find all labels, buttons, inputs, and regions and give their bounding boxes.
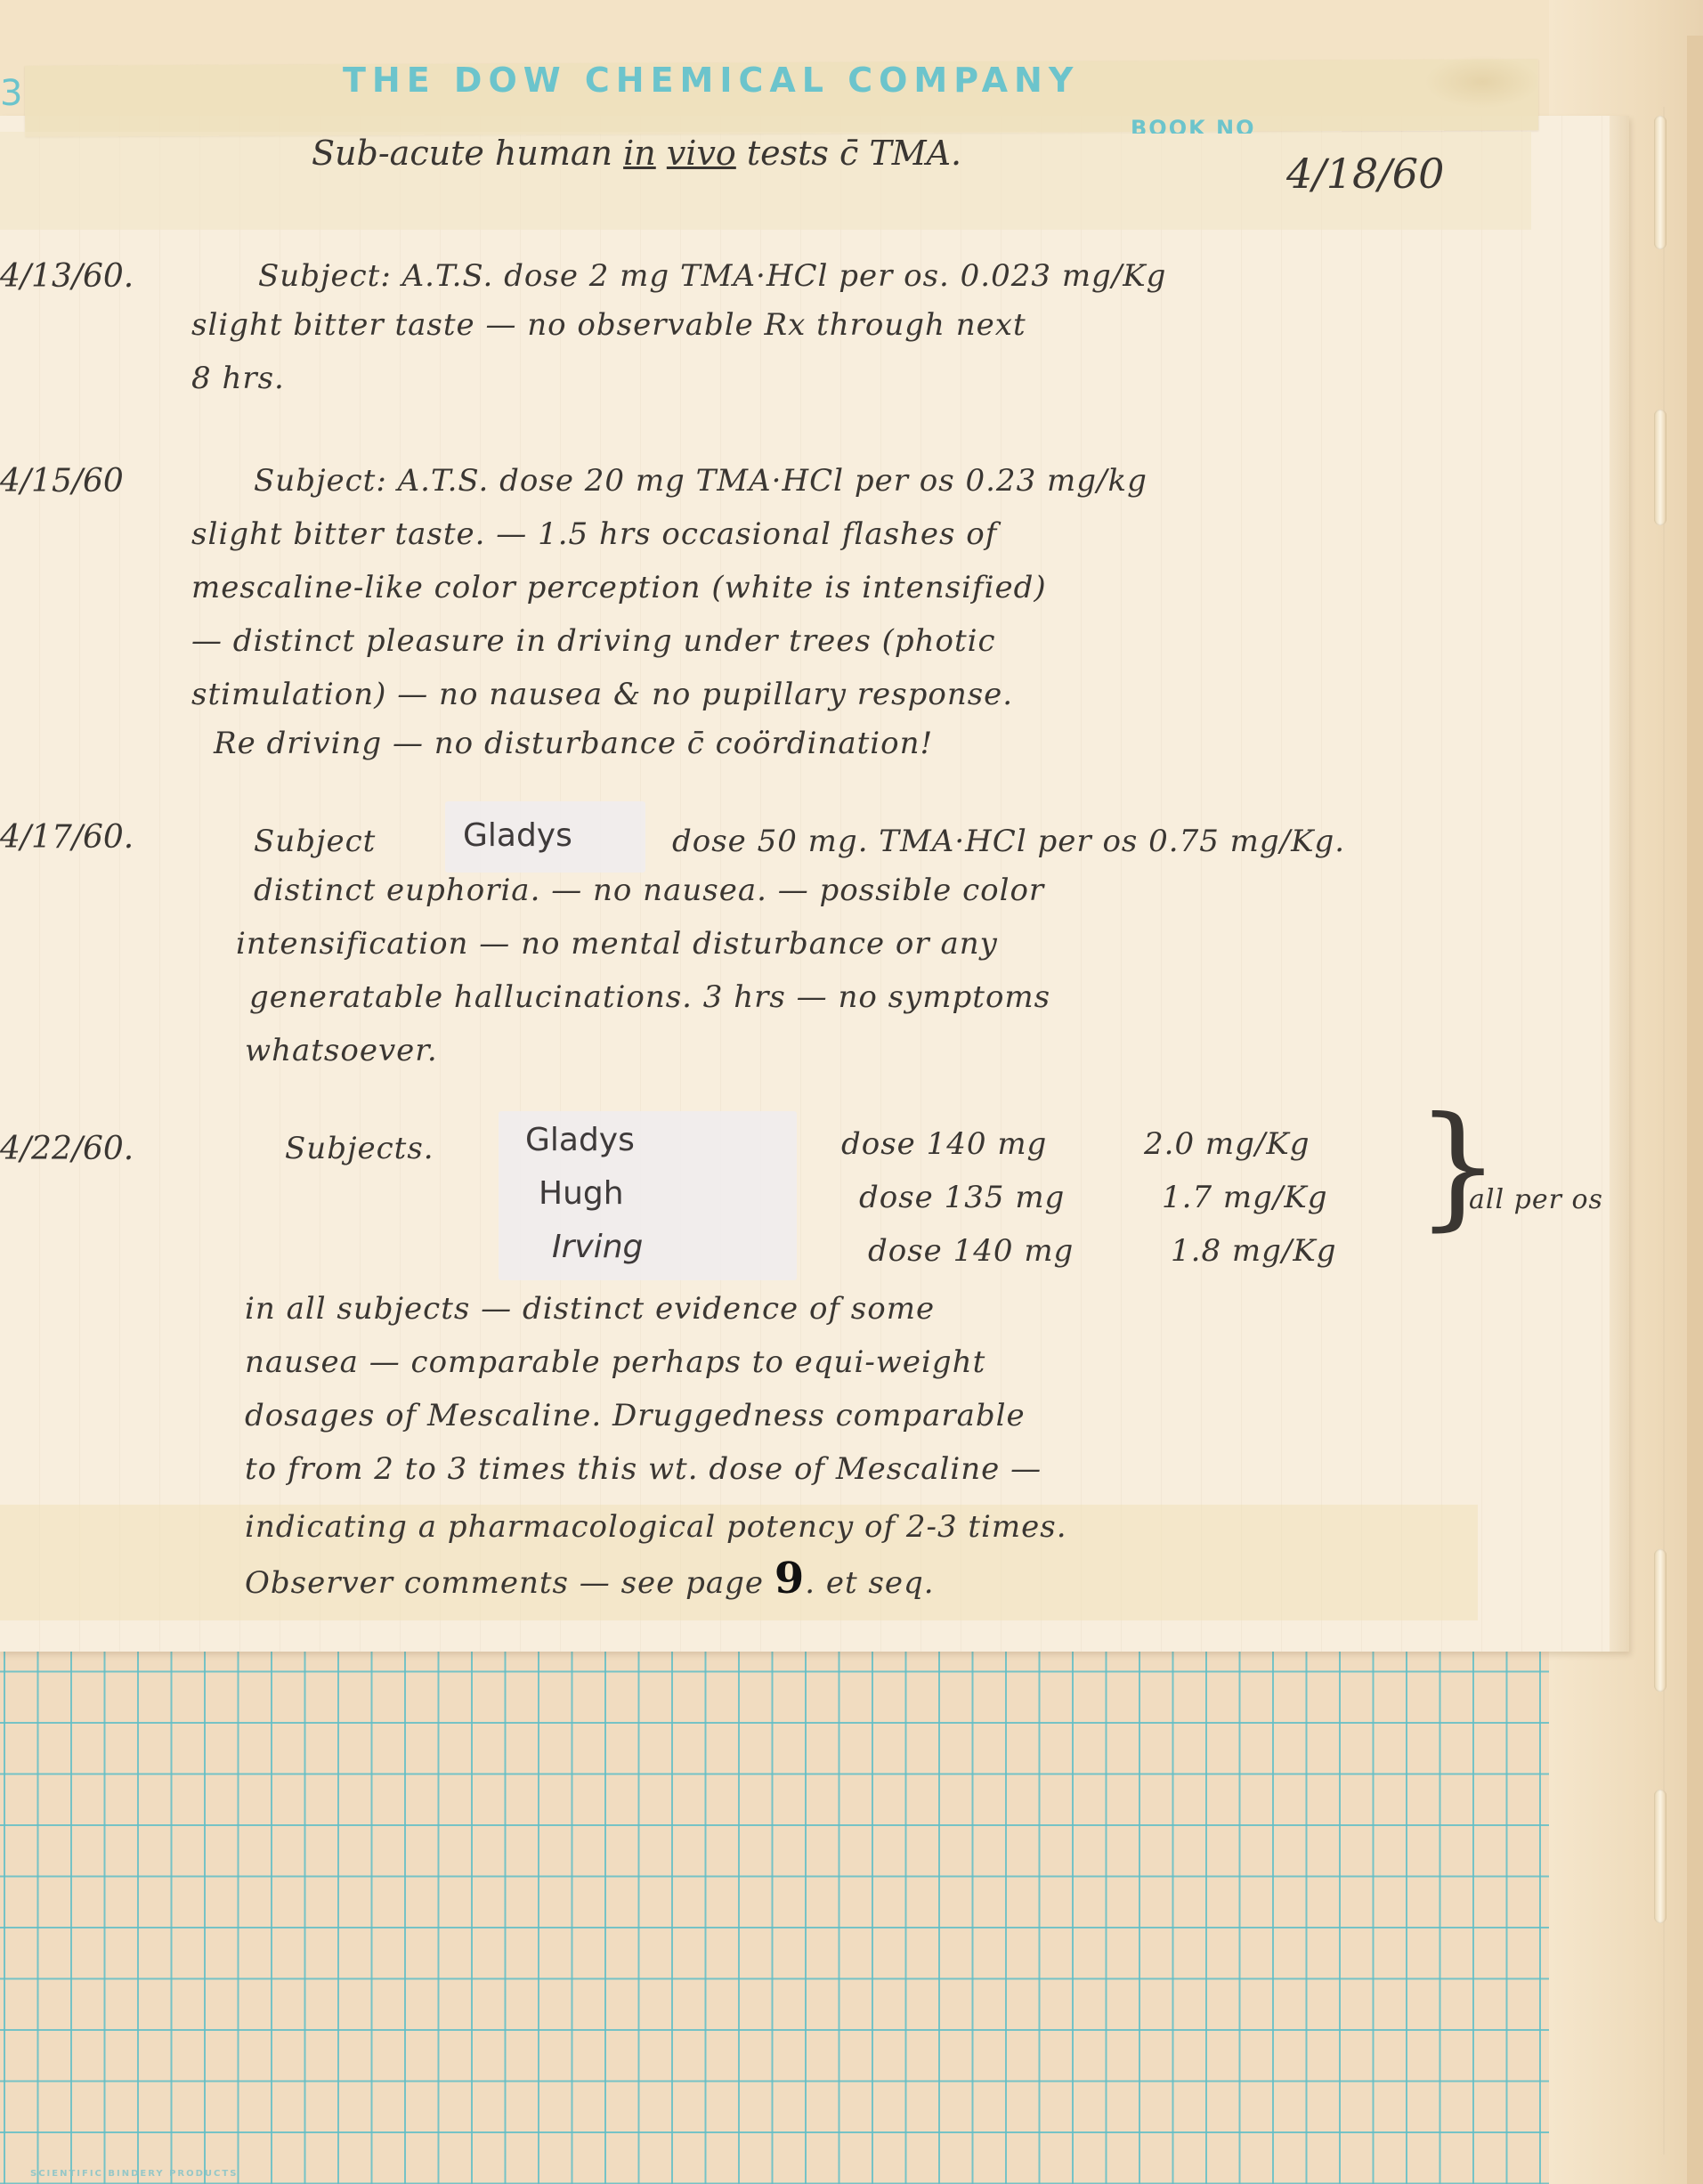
entry-date: 4/22/60. — [0, 1131, 134, 1167]
entry-line: indicating a pharmacological potency of … — [245, 1509, 1067, 1545]
entry-line: whatsoever. — [245, 1033, 438, 1068]
title-text: Sub-acute human — [312, 134, 623, 173]
entry-line: dosages of Mescaline. Druggedness compar… — [245, 1398, 1026, 1433]
entry-line: distinct euphoria. — no nausea. — possib… — [254, 873, 1044, 908]
note-sheet-edge — [1610, 116, 1629, 1652]
notebook-outer-edge — [1687, 36, 1703, 2184]
title-in: in — [623, 134, 656, 173]
brace-note: all per os — [1469, 1184, 1603, 1215]
subject-name: Irving — [552, 1229, 643, 1265]
binder-hole — [1654, 116, 1667, 249]
entry-line: in all subjects — distinct evidence of s… — [245, 1291, 935, 1327]
entry-line: 8 hrs. — [191, 361, 285, 396]
graph-paper-page: SCIENTIFIC BINDERY PRODUCTS — [0, 1607, 1549, 2184]
book-number-label: BOOK NO — [1131, 116, 1256, 134]
title-text-end: tests c̄ TMA. — [736, 134, 961, 173]
entry-line: dose 50 mg. TMA·HCl per os 0.75 mg/Kg. — [672, 824, 1345, 859]
observer-comments: Observer comments — see page 9. et seq. — [245, 1554, 935, 1603]
entry-line: Subject: A.T.S. dose 20 mg TMA·HCl per o… — [254, 463, 1147, 499]
entry-line: — distinct pleasure in driving under tre… — [191, 623, 996, 659]
subject-dose-per-kg: 1.8 mg/Kg — [1171, 1233, 1337, 1269]
subject-dose-per-kg: 1.7 mg/Kg — [1162, 1180, 1328, 1215]
entry-line: Subject: A.T.S. dose 2 mg TMA·HCl per os… — [258, 258, 1166, 294]
observer-text-end: . et seq. — [805, 1565, 934, 1601]
page-title: Sub-acute human in vivo tests c̄ TMA. — [312, 134, 961, 173]
entry-line: generatable hallucinations. 3 hrs — no s… — [249, 979, 1050, 1015]
entry-date: 4/17/60. — [0, 819, 134, 856]
grid-paper-footer: SCIENTIFIC BINDERY PRODUCTS — [30, 2169, 238, 2179]
subject-dose: dose 135 mg — [859, 1180, 1065, 1215]
entry-line: slight bitter taste. — 1.5 hrs occasiona… — [191, 516, 997, 552]
subject-label: Subject — [254, 824, 376, 859]
tape-stain — [1424, 55, 1540, 109]
subject-name: Gladys — [463, 817, 572, 854]
company-letterhead: THE DOW CHEMICAL COMPANY — [343, 61, 1233, 100]
entry-date: 4/13/60. — [0, 258, 134, 295]
entry-line: nausea — comparable perhaps to equi-weig… — [245, 1344, 985, 1380]
subject-dose-per-kg: 2.0 mg/Kg — [1144, 1126, 1310, 1162]
subject-dose: dose 140 mg — [841, 1126, 1047, 1162]
observer-text: Observer comments — see page — [245, 1565, 774, 1601]
entry-line: slight bitter taste — no observable Rx t… — [191, 307, 1026, 343]
binder-hole — [1654, 410, 1667, 525]
subjects-label: Subjects. — [285, 1131, 434, 1166]
binder-hole — [1654, 1790, 1667, 1923]
subject-name: Gladys — [525, 1122, 635, 1158]
title-vivo: vivo — [667, 134, 736, 173]
page-reference: 9 — [774, 1554, 805, 1603]
entry-line: mescaline-like color perception (white i… — [191, 570, 1047, 605]
entry-line: Re driving — no disturbance c̄ coördinat… — [214, 726, 933, 761]
entry-line: stimulation) — no nausea & no pupillary … — [191, 677, 1013, 712]
entry-date: 4/15/60 — [0, 463, 124, 499]
subject-name: Hugh — [539, 1175, 624, 1212]
edge-mark: 3 — [0, 73, 22, 114]
entry-line: intensification — no mental disturbance … — [236, 926, 998, 962]
subject-dose: dose 140 mg — [868, 1233, 1074, 1269]
binder-hole — [1654, 1549, 1667, 1692]
entry-line: to from 2 to 3 times this wt. dose of Me… — [245, 1451, 1042, 1487]
page-date: 4/18/60 — [1286, 150, 1444, 198]
